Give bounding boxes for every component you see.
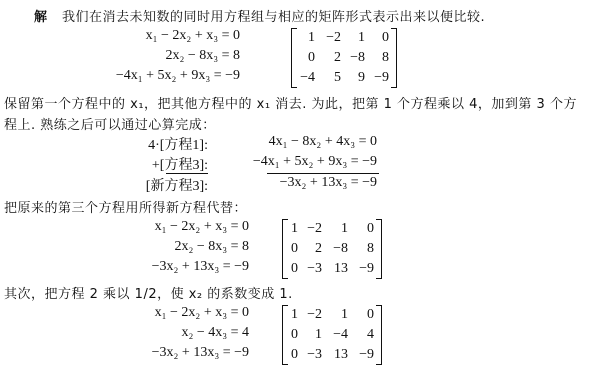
augmented-matrix: 1 −2 1 0 0 2 −8 8 0 −3 13 −9 xyxy=(290,219,374,279)
equation: x₂ − 4x₃ = 4 xyxy=(181,325,249,341)
matrix-cell: −4 xyxy=(322,325,348,345)
matrix-cell: 2 xyxy=(315,48,341,68)
matrix-cell: 0 xyxy=(348,305,374,325)
left-bracket xyxy=(291,28,297,88)
row-label: +[方程3]: xyxy=(152,154,208,174)
paragraph-line: 程上. 熟练之后可以通过心算完成： xyxy=(4,114,216,133)
equation: −4x₁ + 5x₂ + 9x₃ = −9 xyxy=(116,68,240,84)
intro-text: 我们在消去未知数的同时用方程组与相应的矩阵形式表示出来以便比较. xyxy=(62,6,485,25)
matrix-cell: 13 xyxy=(322,345,348,365)
equation: 4x₁ − 8x₂ + 4x₃ = 0 xyxy=(269,134,377,150)
left-bracket xyxy=(282,219,288,279)
augmented-matrix: 1 −2 1 0 0 1 −4 4 0 −3 13 −9 xyxy=(290,305,374,365)
sum-line xyxy=(267,173,379,174)
solution-label: 解 xyxy=(34,6,48,25)
matrix-cell: −2 xyxy=(298,219,322,239)
matrix-cell: 0 xyxy=(290,259,298,279)
right-bracket xyxy=(376,305,382,365)
matrix-cell: 1 xyxy=(299,28,315,48)
matrix-cell: −3 xyxy=(298,345,322,365)
matrix-cell: 0 xyxy=(348,219,374,239)
matrix-cell: 0 xyxy=(365,28,389,48)
matrix-cell: 1 xyxy=(290,219,298,239)
matrix-cell: 1 xyxy=(298,325,322,345)
matrix-cell: 1 xyxy=(290,305,298,325)
matrix-cell: −2 xyxy=(298,305,322,325)
matrix-cell: −9 xyxy=(348,345,374,365)
paragraph-line: 保留第一个方程中的 x₁，把其他方程中的 x₁ 消去. 为此，把第 1 个方程乘… xyxy=(4,93,577,112)
matrix-cell: 4 xyxy=(348,325,374,345)
equation: x₁ − 2x₂ + x₃ = 0 xyxy=(155,305,249,321)
matrix-cell: −8 xyxy=(322,239,348,259)
paragraph-line: 其次，把方程 2 乘以 1/2，使 x₂ 的系数变成 1. xyxy=(4,283,293,302)
equation: 2x₂ − 8x₃ = 8 xyxy=(174,239,249,255)
row-label: 4·[方程1]: xyxy=(148,134,208,154)
matrix-cell: 8 xyxy=(365,48,389,68)
equation: −3x₂ + 13x₃ = −9 xyxy=(152,345,249,361)
matrix-cell: 1 xyxy=(322,305,348,325)
matrix-cell: 0 xyxy=(290,345,298,365)
sum-line xyxy=(166,173,208,174)
paragraph-line: 把原来的第三个方程用所得新方程代替： xyxy=(4,197,247,216)
matrix-cell: 13 xyxy=(322,259,348,279)
matrix-cell: −9 xyxy=(365,68,389,88)
equation: x₁ − 2x₂ + x₃ = 0 xyxy=(146,28,240,44)
matrix-cell: −8 xyxy=(341,48,365,68)
equation: −3x₂ + 13x₃ = −9 xyxy=(280,175,377,191)
matrix-cell: −9 xyxy=(348,259,374,279)
matrix-cell: 0 xyxy=(290,325,298,345)
matrix-cell: 1 xyxy=(322,219,348,239)
right-bracket xyxy=(391,28,397,88)
equation: x₁ − 2x₂ + x₃ = 0 xyxy=(155,219,249,235)
matrix-cell: 8 xyxy=(348,239,374,259)
left-bracket xyxy=(282,305,288,365)
matrix-cell: 2 xyxy=(298,239,322,259)
matrix-cell: 5 xyxy=(315,68,341,88)
right-bracket xyxy=(376,219,382,279)
row-label: [新方程3]: xyxy=(146,175,208,195)
equation: 2x₂ − 8x₃ = 8 xyxy=(165,48,240,64)
augmented-matrix: 1 −2 1 0 0 2 −8 8 −4 5 9 −9 xyxy=(299,28,389,88)
matrix-cell: 0 xyxy=(299,48,315,68)
matrix-cell: −3 xyxy=(298,259,322,279)
equation: −4x₁ + 5x₂ + 9x₃ = −9 xyxy=(253,154,377,170)
matrix-cell: 9 xyxy=(341,68,365,88)
matrix-cell: 1 xyxy=(341,28,365,48)
matrix-cell: −4 xyxy=(299,68,315,88)
matrix-cell: −2 xyxy=(315,28,341,48)
matrix-cell: 0 xyxy=(290,239,298,259)
equation: −3x₂ + 13x₃ = −9 xyxy=(152,259,249,275)
